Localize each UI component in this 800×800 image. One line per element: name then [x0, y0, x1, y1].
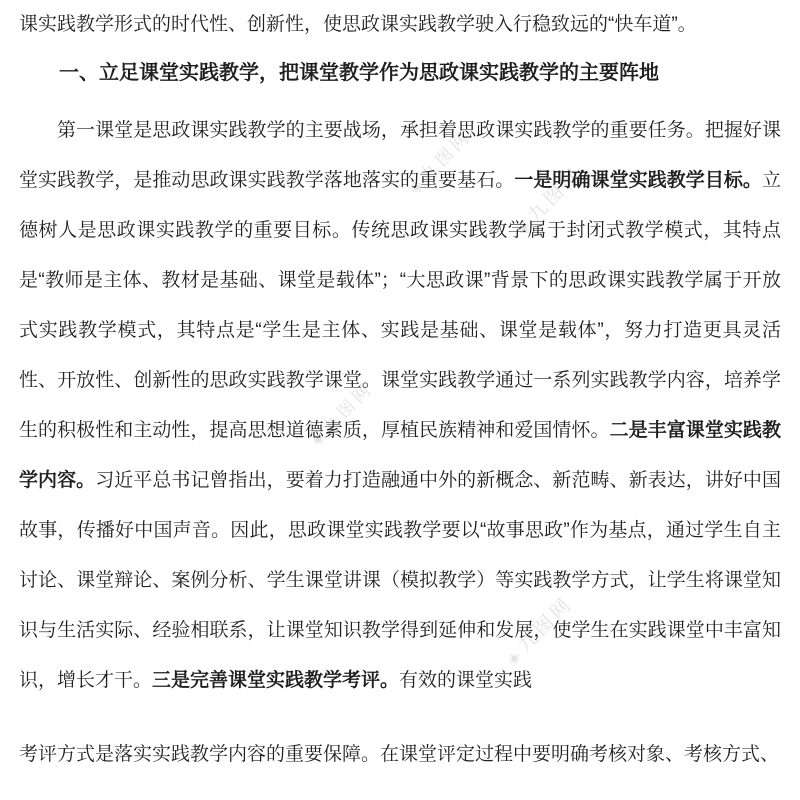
- bold-run-in-subhead: 三是完善课堂实践教学考评。: [152, 670, 399, 691]
- text-run: 习近平总书记曾指出，要着力打造融通中外的新概念、新范畴、新表达，讲好中国故事，传…: [19, 470, 781, 691]
- bold-run-in-subhead: 一是明确课堂实践教学目标。: [514, 170, 762, 191]
- closing-paragraph-line: 考评方式是落实实践教学内容的重要保障。在课堂评定过程中要明确考核对象、考核方式、: [19, 731, 781, 779]
- text-run: 立德树人是思政课实践教学的重要目标。传统思政课实践教学属于封闭式教学模式，其特点…: [19, 170, 781, 441]
- document-page: ◈九图网 ◈九图网 ◈九图网 ◈九图网 课实践教学形式的时代性、创新性，使思政课…: [0, 0, 800, 800]
- document-content: 课实践教学形式的时代性、创新性，使思政课实践教学驶入行稳致远的“快车道”。 一、…: [19, 0, 781, 706]
- section-heading: 一、立足课堂实践教学，把课堂教学作为思政课实践教学的主要阵地: [19, 49, 781, 97]
- text-run: 有效的课堂实践: [399, 670, 532, 691]
- body-paragraph: 第一课堂是思政课实践教学的主要战场，承担着思政课实践教学的重要任务。把握好课堂实…: [19, 106, 781, 706]
- paragraph-continuation-line: 课实践教学形式的时代性、创新性，使思政课实践教学驶入行稳致远的“快车道”。: [19, 0, 781, 49]
